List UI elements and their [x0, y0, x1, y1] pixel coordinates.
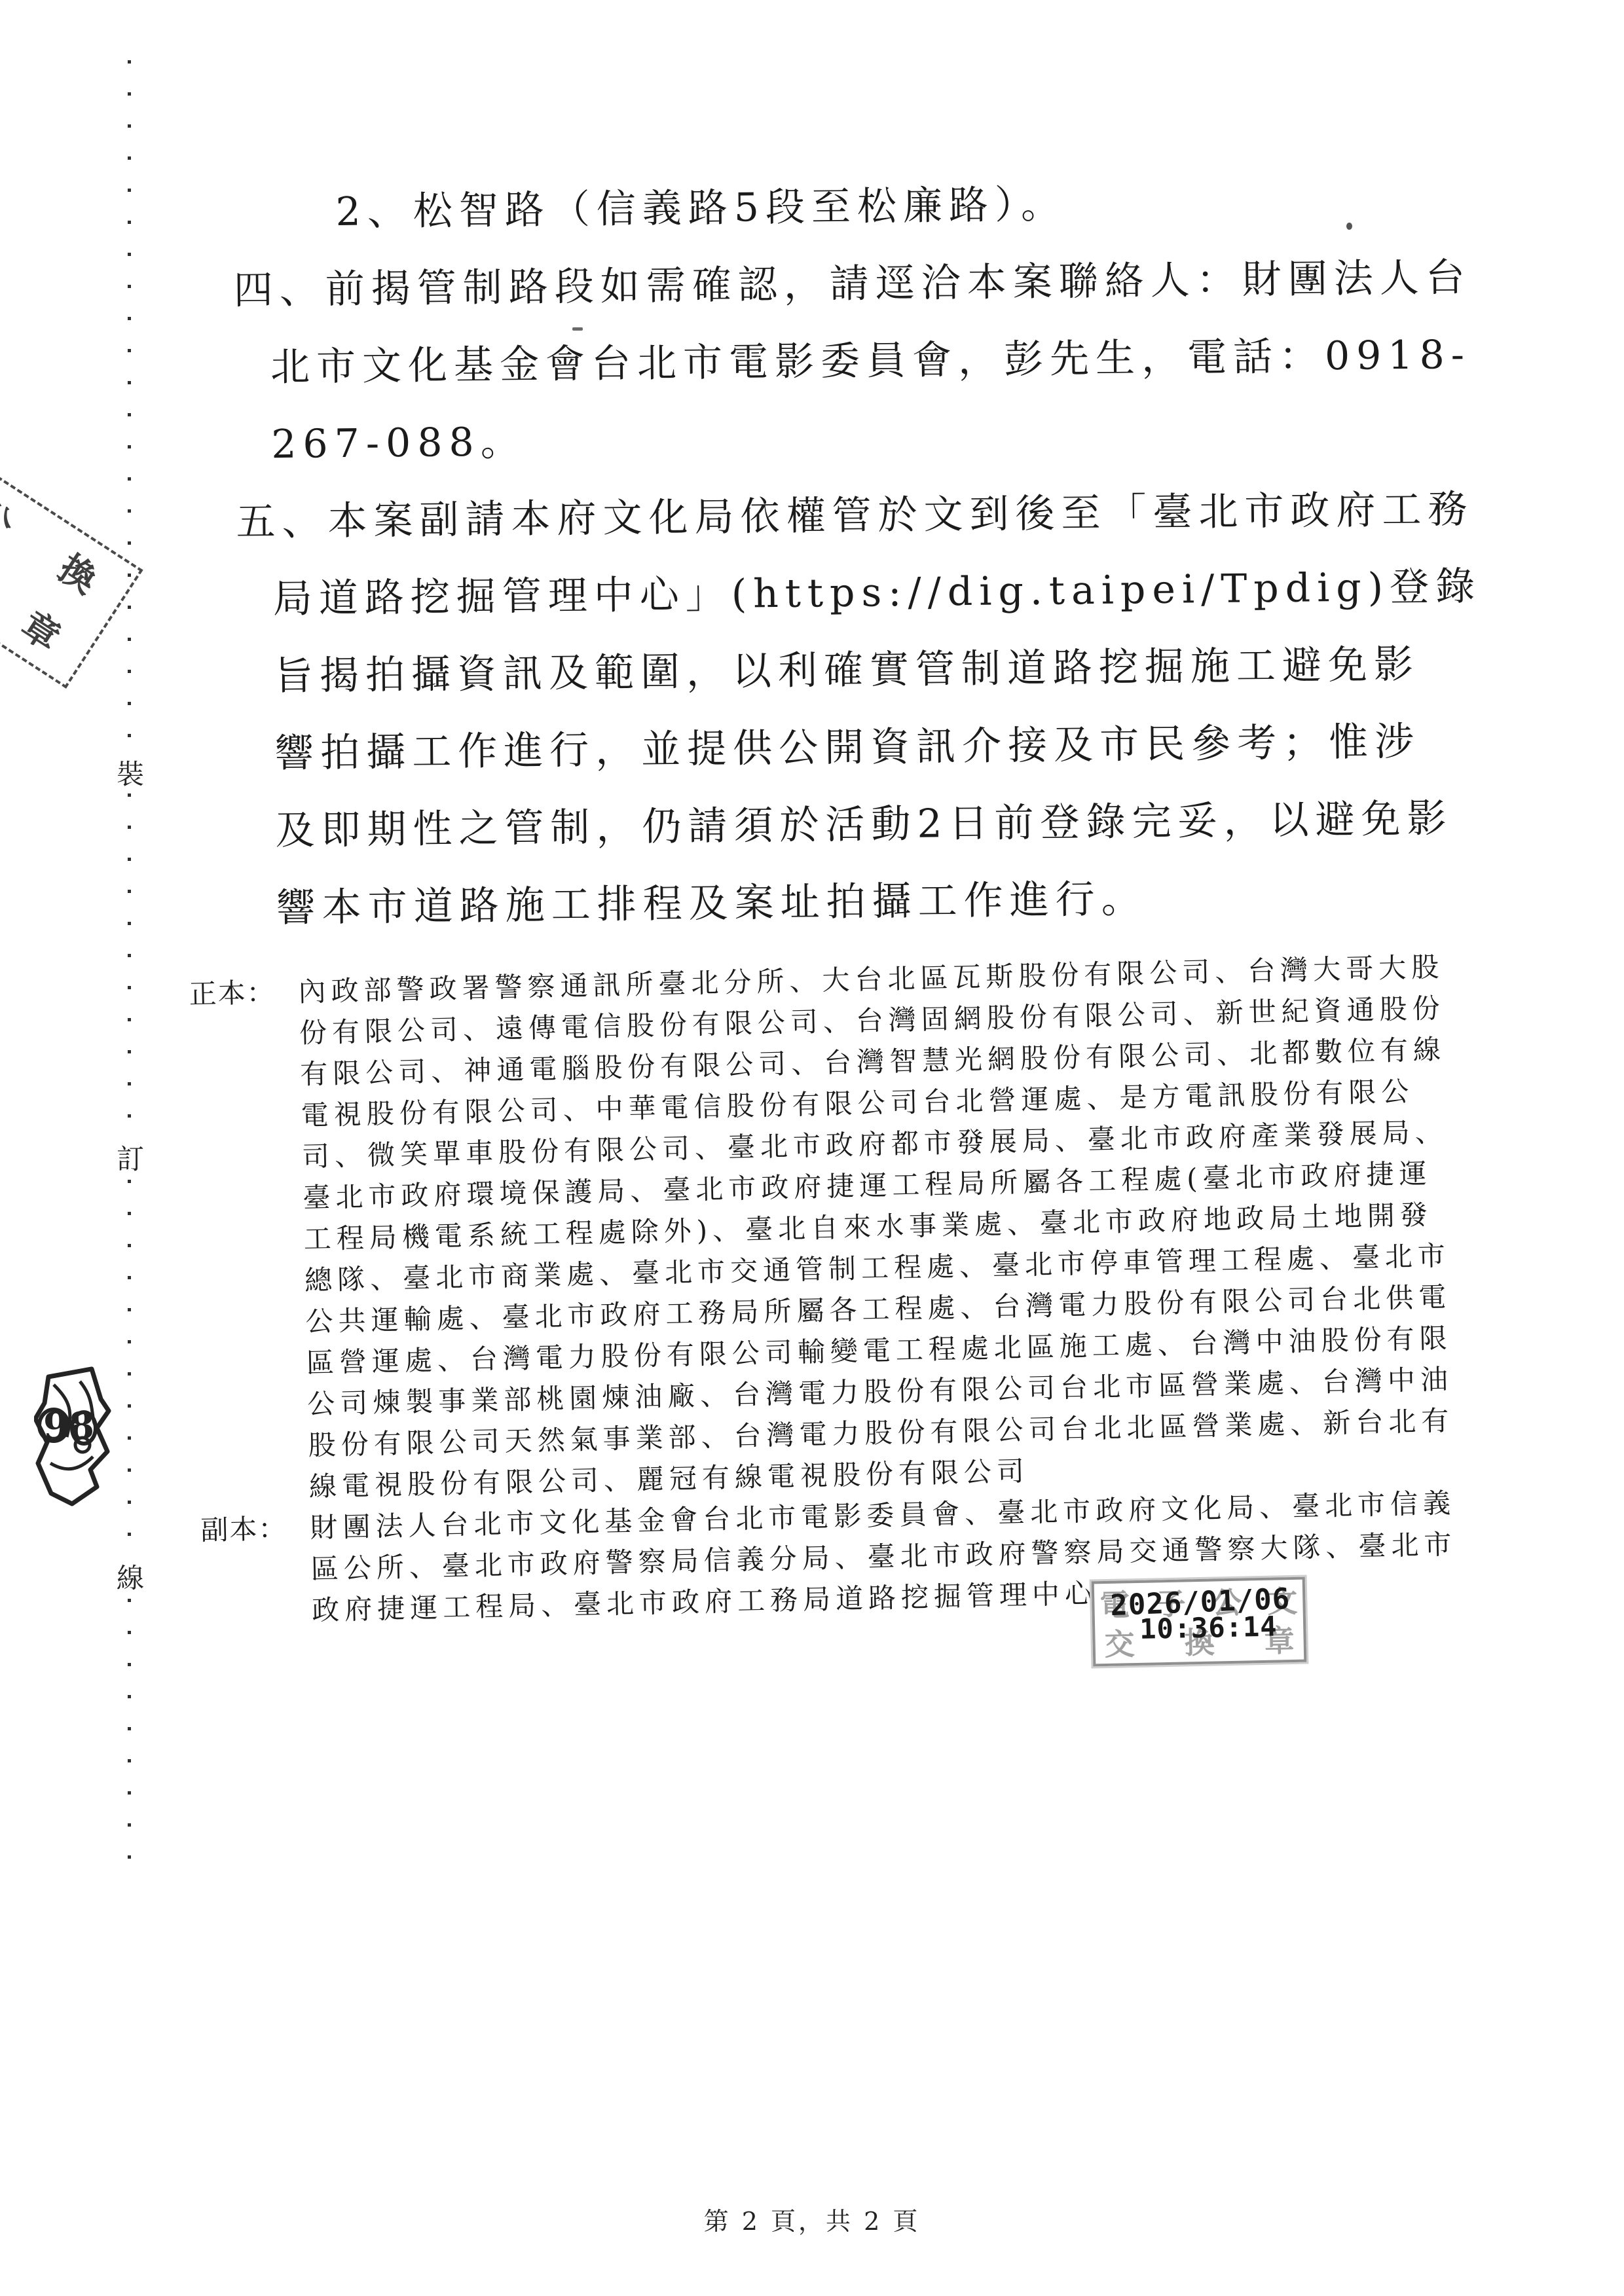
recipients-section: 正本： 副本： 內政部警政署警察通訊所臺北分所、大台北區瓦斯股份有限公司、台灣大…	[0, 942, 1624, 1637]
scan-speck	[1346, 223, 1352, 230]
page-indicator: 第 2 頁，共 2 頁	[0, 2201, 1624, 2237]
exchange-stamp-time: 10:36:14	[1139, 1611, 1278, 1645]
scanned-document-page: 裝 訂 線 公 換 文 章 98 2、松智路（信義路5段至松廉路）。 四、前揭管…	[0, 0, 1624, 2296]
body-line: 響本市道路施工排程及案址拍攝工作進行。	[7, 855, 1624, 949]
fuben-label: 副本：	[200, 1508, 287, 1551]
document-body: 2、松智路（信義路5段至松廉路）。 四、前揭管制路段如需確認，請逕洽本案聯絡人：…	[0, 160, 1624, 949]
electronic-exchange-stamp: 電 子 公 文 交 換 章 2026/01/06 10:36:14	[1092, 1577, 1307, 1667]
binding-dotted-line	[128, 1599, 131, 1867]
zhengben-label: 正本：	[189, 972, 276, 1015]
scan-speck	[572, 327, 583, 331]
exchange-stamp-char: 交	[1104, 1620, 1135, 1664]
